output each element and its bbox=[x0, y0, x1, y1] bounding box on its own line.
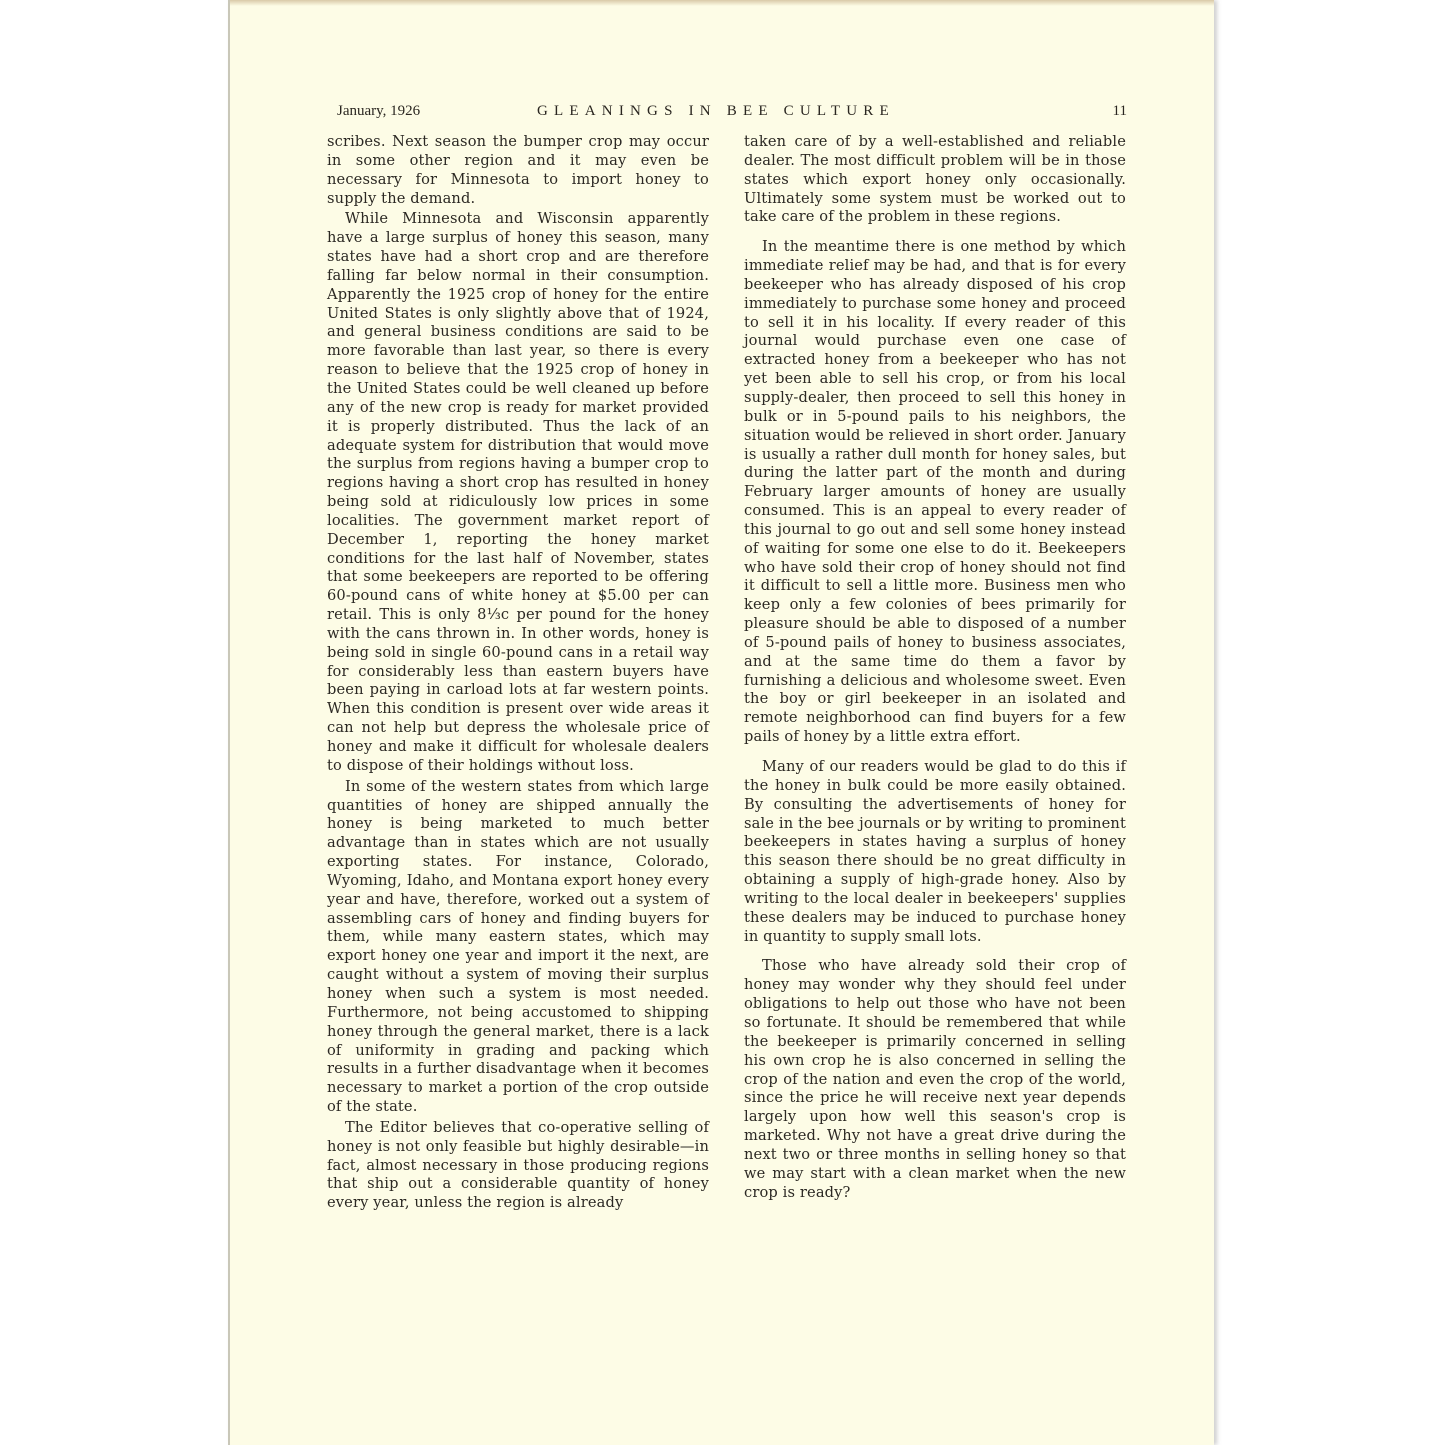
right-column: taken care of by a well-established and … bbox=[744, 133, 1126, 1202]
issue-date: January, 1926 bbox=[337, 103, 420, 120]
left-column: scribes. Next season the bumper crop may… bbox=[327, 133, 709, 1213]
paragraph: The Editor believes that co-operative se… bbox=[327, 1119, 709, 1213]
paragraph: In some of the western states from which… bbox=[327, 778, 709, 1117]
paragraph: scribes. Next season the bumper crop may… bbox=[327, 133, 709, 208]
paragraph: Those who have already sold their crop o… bbox=[744, 957, 1126, 1202]
paragraph: taken care of by a well-established and … bbox=[744, 133, 1126, 227]
paragraph: While Minnesota and Wisconsin apparently… bbox=[327, 210, 709, 775]
paragraph: Many of our readers would be glad to do … bbox=[744, 758, 1126, 946]
magazine-page: January, 1926 GLEANINGS IN BEE CULTURE 1… bbox=[228, 0, 1214, 1445]
paragraph: In the meantime there is one method by w… bbox=[744, 238, 1126, 747]
page-number: 11 bbox=[1113, 103, 1127, 120]
running-header: January, 1926 GLEANINGS IN BEE CULTURE 1… bbox=[337, 103, 1127, 123]
journal-title: GLEANINGS IN BEE CULTURE bbox=[537, 103, 895, 120]
